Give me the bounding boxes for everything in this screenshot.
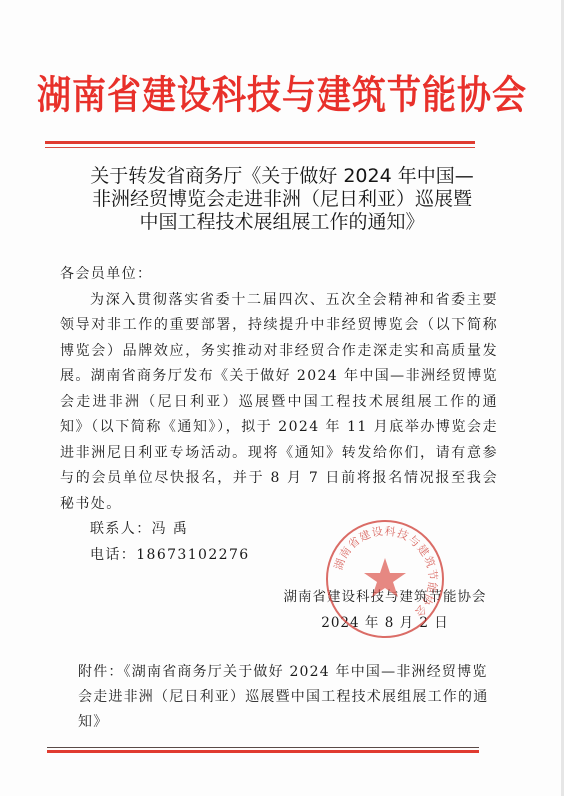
body-paragraph: 为深入贯彻落实省委十二届四次、五次全会精神和省委主要领导对非工作的重要部署，持续…	[60, 288, 498, 518]
letterhead-title: 湖南省建设科技与建筑节能协会	[0, 73, 564, 119]
document-title: 关于转发省商务厅《关于做好 2024 年中国— 非洲经贸博览会走进非洲（尼日利亚…	[40, 165, 524, 234]
seal-star-icon: 湖南省建设科技与建筑节能协会	[328, 522, 442, 636]
title-line: 非洲经贸博览会走进非洲（尼日利亚）巡展暨	[40, 188, 524, 211]
official-seal: 湖南省建设科技与建筑节能协会	[326, 520, 444, 638]
title-line: 中国工程技术展组展工作的通知》	[40, 211, 524, 234]
letterhead-red-rule	[45, 141, 475, 148]
salutation: 各会员单位：	[60, 262, 498, 288]
footer-red-rule	[47, 747, 479, 753]
attachment-note: 附件：《湖南省商务厅关于做好 2024 年中国—非洲经贸博览会走进非洲（尼日利亚…	[78, 660, 498, 735]
title-line: 关于转发省商务厅《关于做好 2024 年中国—	[40, 165, 524, 188]
